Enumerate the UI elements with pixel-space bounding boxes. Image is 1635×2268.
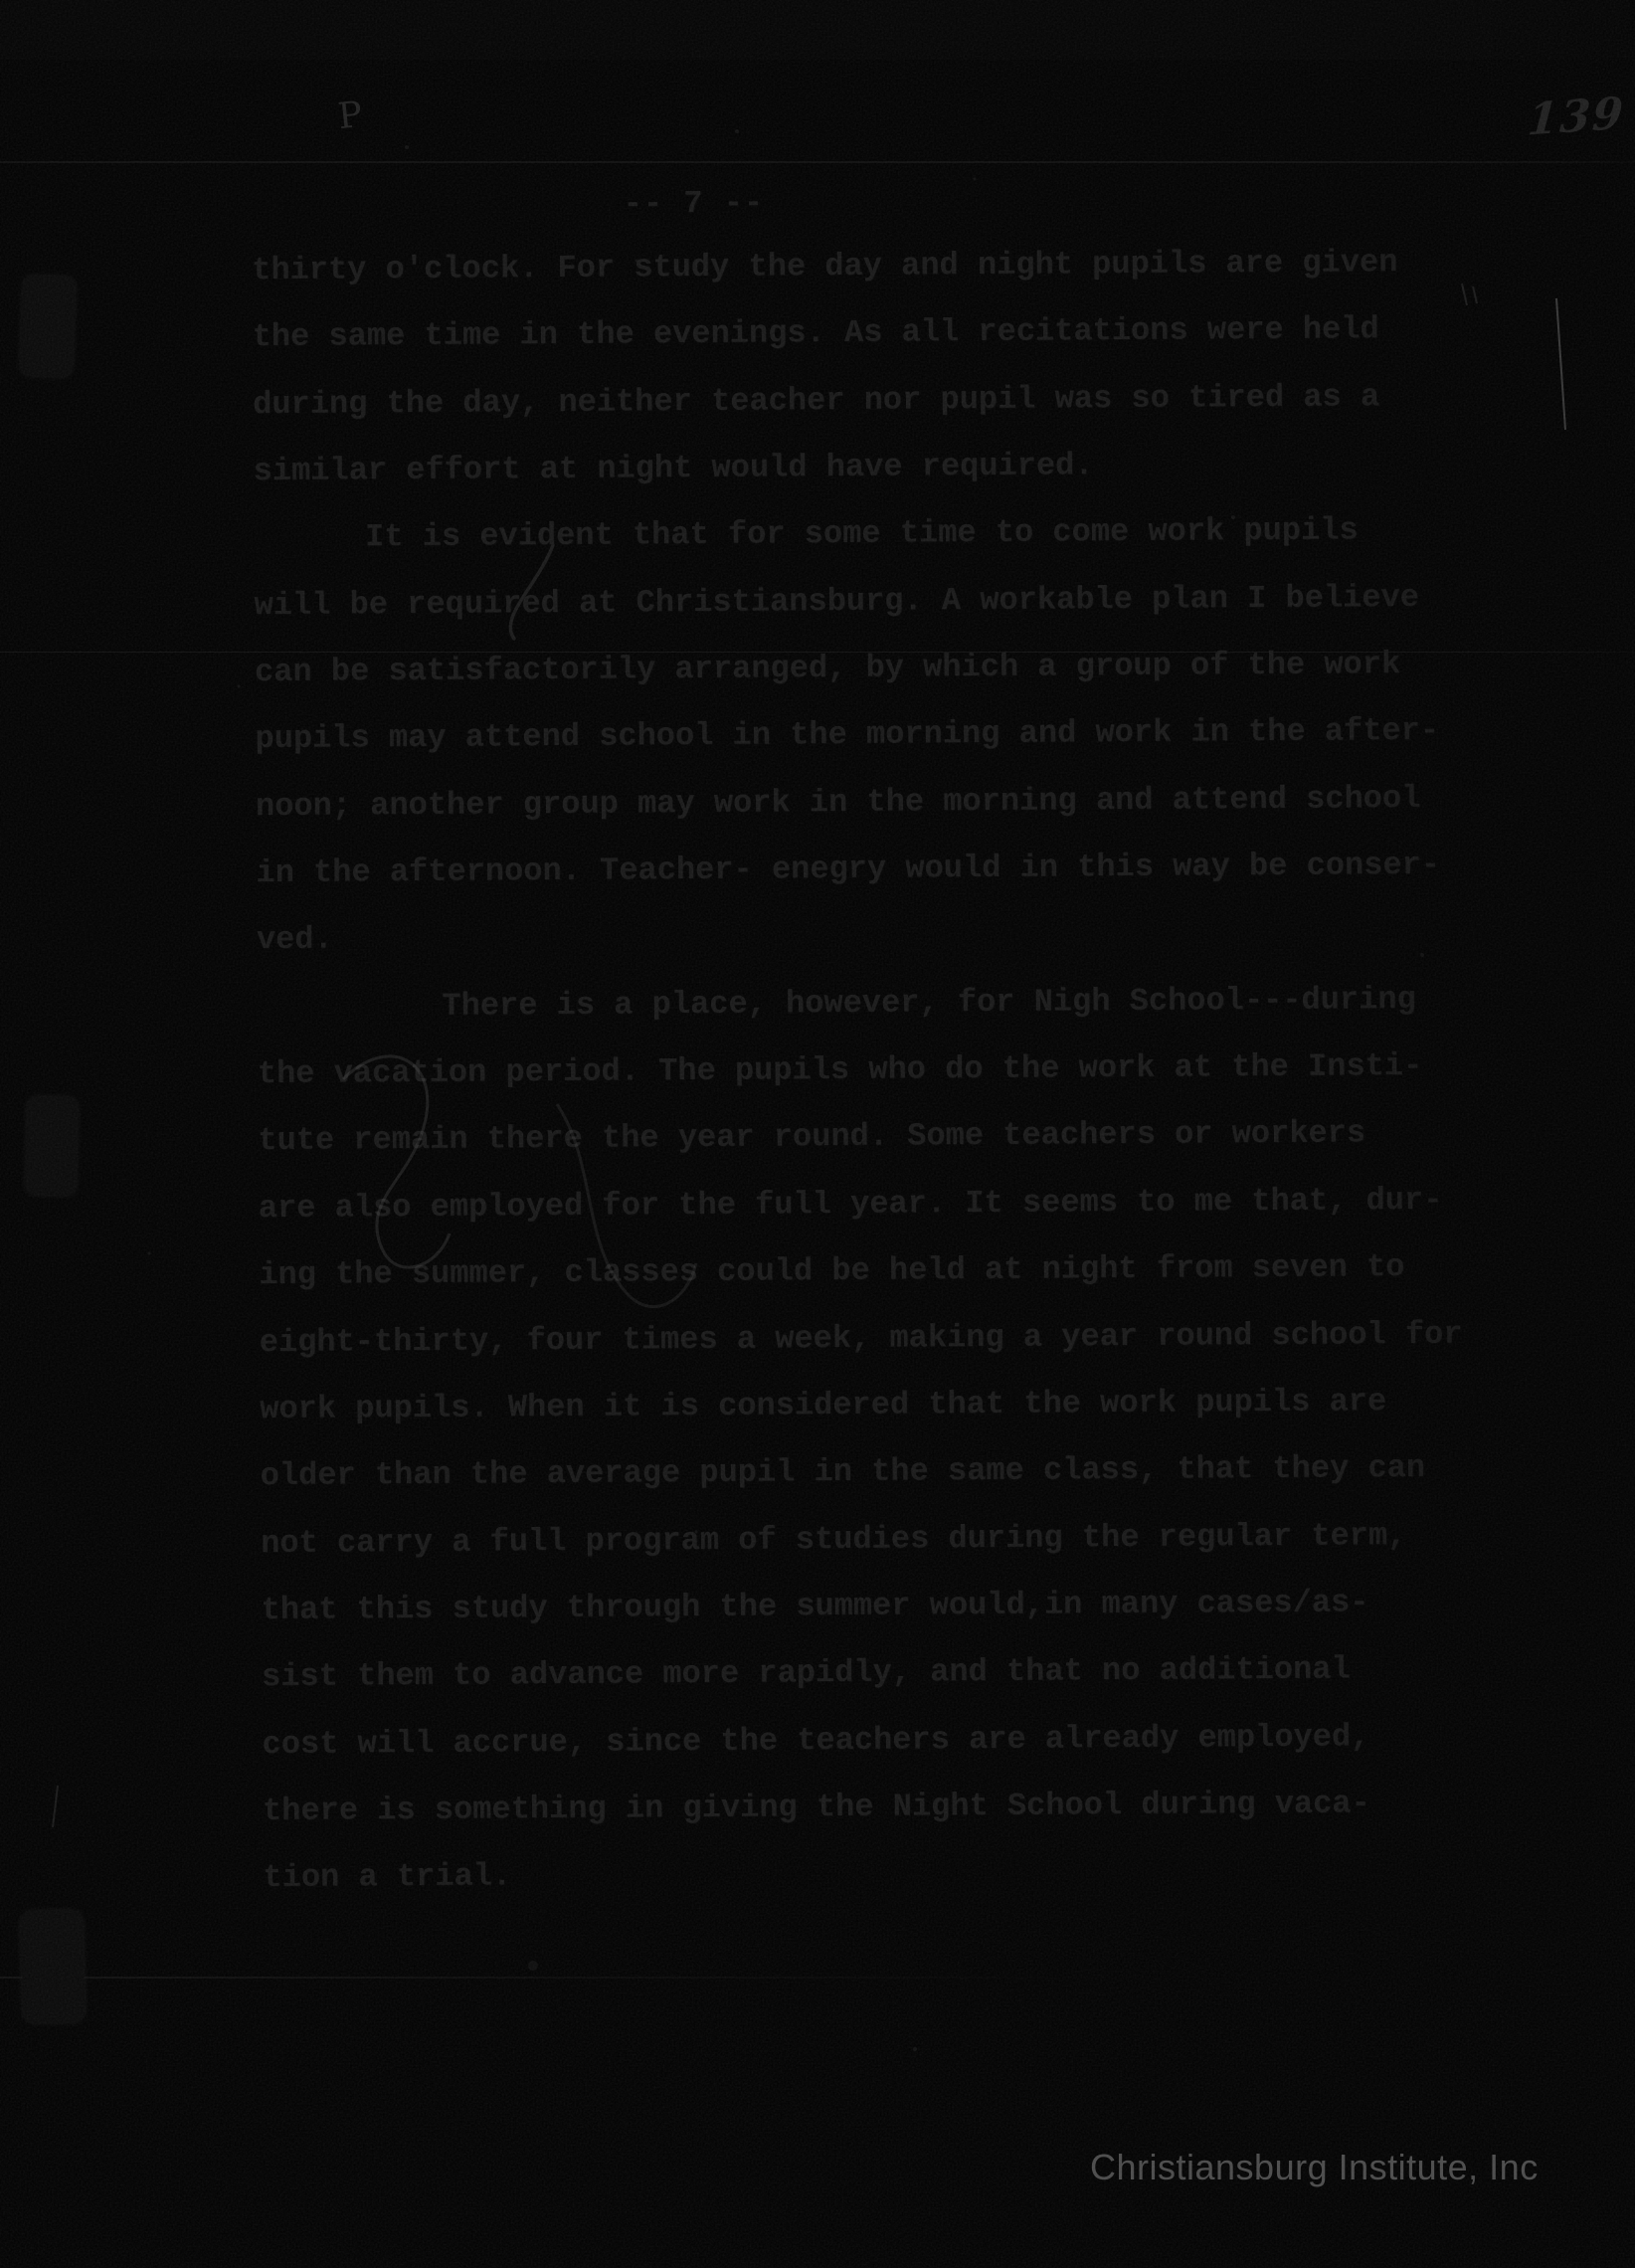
- typed-line: similar effort at night would have requi…: [253, 444, 1565, 520]
- typed-line: sist them to advance more rapidly, and t…: [262, 1649, 1574, 1726]
- page-header: -- 7 --: [624, 185, 765, 223]
- typed-line: older than the average pupil in the same…: [261, 1448, 1573, 1525]
- typed-line: cost will accrue, since the teachers are…: [262, 1716, 1574, 1793]
- typed-line: work pupils. When it is considered that …: [260, 1382, 1572, 1458]
- typed-line: tion a trial.: [263, 1850, 1575, 1927]
- typed-line: in the afternoon. Teacher- enegry would …: [256, 846, 1568, 922]
- typed-line: noon; another group may work in the morn…: [256, 779, 1568, 855]
- typed-line: are also employed for the full year. It …: [259, 1181, 1571, 1257]
- typed-line: the same time in the evenings. As all re…: [253, 309, 1565, 386]
- watermark: Christiansburg Institute, Inc: [1090, 2147, 1627, 2188]
- typed-line: not carry a full program of studies duri…: [261, 1515, 1573, 1592]
- text-lines: thirty o'clock. For study the day and ni…: [252, 243, 1576, 1927]
- typed-line: It is evident that for some time to come…: [254, 510, 1566, 587]
- typed-line: the vacation period. The pupils who do t…: [258, 1046, 1570, 1123]
- typed-line: thirty o'clock. For study the day and ni…: [252, 243, 1564, 319]
- typed-line: ved.: [257, 912, 1569, 989]
- typed-line: eight-thirty, four times a week, making …: [260, 1314, 1572, 1391]
- typed-line: can be satisfactorily arranged, by which…: [255, 645, 1567, 721]
- typed-line: ing the summer, classes could be held at…: [259, 1247, 1571, 1324]
- typed-line: there is something in giving the Night S…: [263, 1784, 1575, 1860]
- typewritten-text-block: -- 7 -- thirty o'clock. For study the da…: [0, 0, 1635, 2268]
- typed-line: during the day, neither teacher nor pupi…: [253, 377, 1565, 454]
- typed-line: will be required at Christiansburg. A wo…: [254, 578, 1566, 655]
- scanned-page: P -- 7 -- thirty o'clock. For study the …: [0, 0, 1635, 2268]
- typed-line: pupils may attend school in the morning …: [255, 711, 1567, 788]
- typed-line: that this study through the summer would…: [261, 1583, 1573, 1659]
- typed-line: tute remain there the year round. Some t…: [258, 1113, 1570, 1190]
- typed-line: There is a place, however, for Nigh Scho…: [257, 980, 1569, 1056]
- handwritten-page-number: 139: [1526, 88, 1626, 145]
